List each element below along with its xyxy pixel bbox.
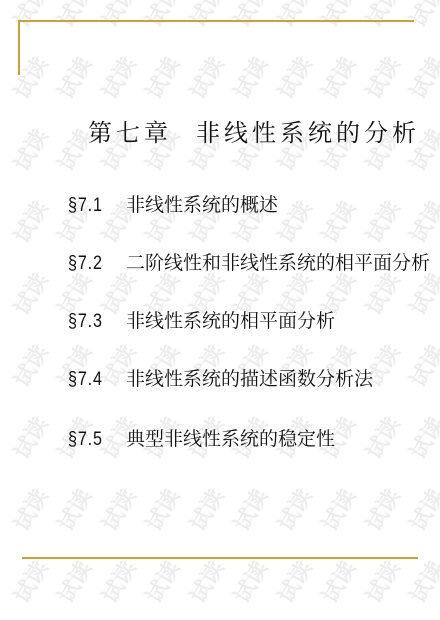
watermark-text: 试读 bbox=[6, 483, 55, 537]
section-item: §7.5 典型非线性系统的稳定性 bbox=[68, 424, 430, 482]
watermark-text: 试读 bbox=[6, 195, 55, 249]
section-number: §7.2 bbox=[68, 253, 117, 275]
watermark-text: 试读 bbox=[314, 51, 363, 105]
watermark-text: 试读 bbox=[402, 483, 440, 537]
left-decorative-rule bbox=[18, 20, 20, 75]
watermark-text: 试读 bbox=[138, 0, 187, 32]
watermark-text: 试读 bbox=[138, 483, 187, 537]
watermark-text: 试读 bbox=[94, 51, 143, 105]
section-title: 非线性系统的概述 bbox=[126, 190, 278, 217]
watermark-text: 试读 bbox=[182, 555, 231, 609]
watermark-text: 试读 bbox=[270, 483, 319, 537]
watermark-text: 试读 bbox=[94, 555, 143, 609]
section-title: 非线性系统的相平面分析 bbox=[126, 306, 335, 333]
watermark-text: 试读 bbox=[270, 555, 319, 609]
section-title: 二阶线性和非线性系统的相平面分析 bbox=[126, 248, 430, 275]
section-title: 非线性系统的描述函数分析法 bbox=[126, 364, 373, 391]
watermark-text: 试读 bbox=[138, 555, 187, 609]
watermark-text: 试读 bbox=[6, 555, 55, 609]
section-number: §7.4 bbox=[68, 369, 117, 391]
section-number: §7.1 bbox=[68, 195, 117, 217]
watermark-text: 试读 bbox=[226, 555, 275, 609]
chapter-number: 第七章 bbox=[88, 119, 172, 147]
watermark-text: 试读 bbox=[6, 267, 55, 321]
section-number: §7.5 bbox=[68, 429, 117, 451]
watermark-text: 试读 bbox=[226, 51, 275, 105]
watermark-text: 试读 bbox=[6, 51, 55, 105]
watermark-text: 试读 bbox=[314, 0, 363, 32]
section-number: §7.3 bbox=[68, 311, 117, 333]
watermark-text: 试读 bbox=[226, 0, 275, 32]
watermark-text: 试读 bbox=[270, 0, 319, 32]
watermark-text: 试读 bbox=[270, 51, 319, 105]
watermark-text: 试读 bbox=[94, 483, 143, 537]
section-item: §7.3 非线性系统的相平面分析 bbox=[68, 306, 430, 364]
watermark-text: 试读 bbox=[50, 0, 99, 32]
watermark-text: 试读 bbox=[182, 0, 231, 32]
watermark-text: 试读 bbox=[6, 339, 55, 393]
watermark-text: 试读 bbox=[50, 555, 99, 609]
watermark-text: 试读 bbox=[6, 123, 55, 177]
watermark-text: 试读 bbox=[402, 555, 440, 609]
section-item: §7.4 非线性系统的描述函数分析法 bbox=[68, 364, 430, 424]
section-title: 典型非线性系统的稳定性 bbox=[126, 424, 335, 451]
section-item: §7.1 非线性系统的概述 bbox=[68, 190, 430, 248]
bottom-decorative-rule bbox=[22, 557, 418, 559]
watermark-text: 试读 bbox=[402, 51, 440, 105]
watermark-text: 试读 bbox=[314, 483, 363, 537]
watermark-text: 试读 bbox=[314, 555, 363, 609]
chapter-title: 第七章非线性系统的分析 bbox=[88, 113, 420, 148]
watermark-text: 试读 bbox=[358, 483, 407, 537]
watermark-text: 试读 bbox=[182, 483, 231, 537]
watermark-text: 试读 bbox=[358, 0, 407, 32]
slide: 试读试读试读试读试读试读试读试读试读试读试读试读试读试读试读试读试读试读试读试读… bbox=[0, 0, 440, 620]
watermark-text: 试读 bbox=[358, 51, 407, 105]
watermark-text: 试读 bbox=[138, 51, 187, 105]
watermark-text: 试读 bbox=[402, 0, 440, 32]
watermark-text: 试读 bbox=[226, 483, 275, 537]
watermark-text: 试读 bbox=[94, 0, 143, 32]
watermark-text: 试读 bbox=[6, 0, 55, 32]
watermark-text: 试读 bbox=[6, 411, 55, 465]
watermark-text: 试读 bbox=[182, 51, 231, 105]
section-item: §7.2 二阶线性和非线性系统的相平面分析 bbox=[68, 248, 430, 306]
section-list: §7.1 非线性系统的概述 §7.2 二阶线性和非线性系统的相平面分析 §7.3… bbox=[68, 190, 430, 482]
watermark-text: 试读 bbox=[50, 483, 99, 537]
chapter-topic: 非线性系统的分析 bbox=[196, 119, 420, 147]
top-decorative-rule bbox=[18, 20, 414, 22]
watermark-text: 试读 bbox=[358, 555, 407, 609]
watermark-text: 试读 bbox=[50, 51, 99, 105]
